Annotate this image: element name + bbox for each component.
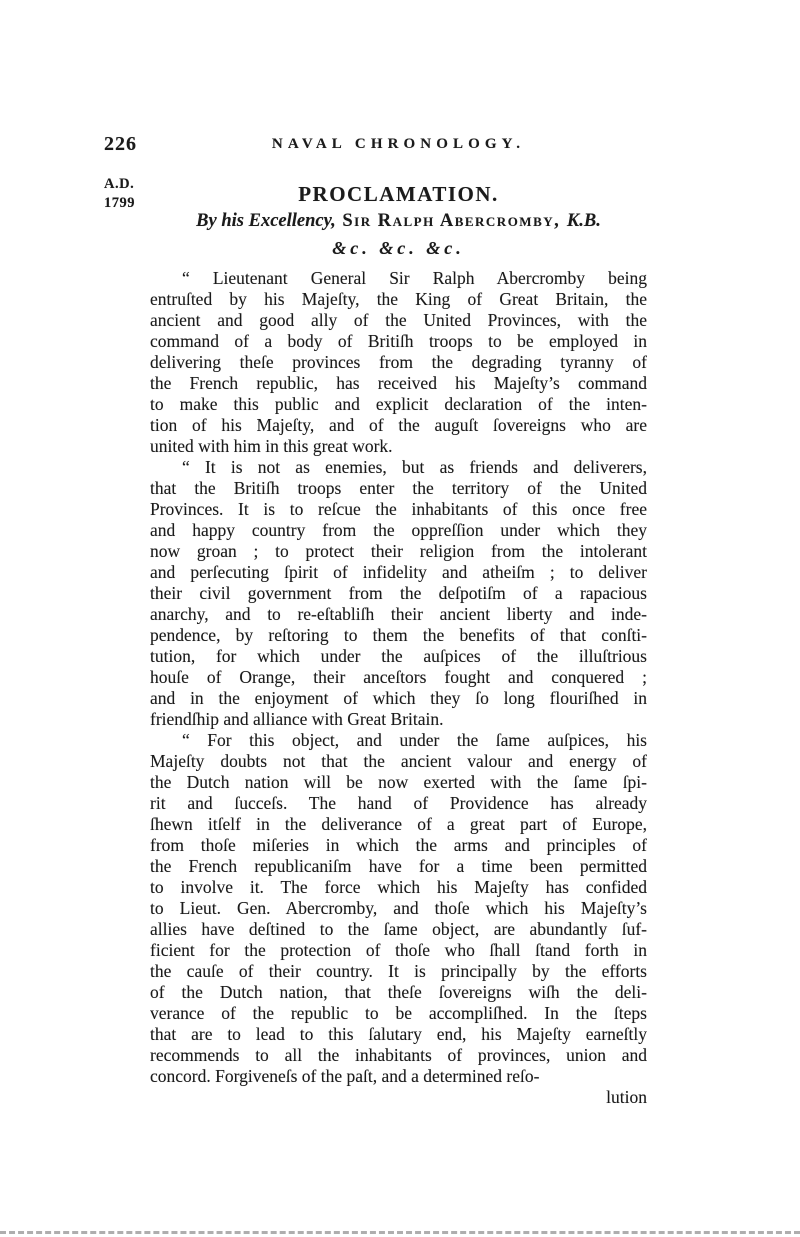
proclamation-title: PROCLAMATION. xyxy=(150,182,647,207)
scan-edge-artifact xyxy=(0,1231,800,1234)
byline-suffix: K.B. xyxy=(567,211,601,231)
body-line: ficient for the protection of thoſe who … xyxy=(150,940,647,961)
body-line: delivering theſe provinces from the degr… xyxy=(150,352,647,373)
body-line: concord. Forgiveneſs of the paſt, and a … xyxy=(150,1066,647,1087)
body-line: Provinces. It is to reſcue the inhabitan… xyxy=(150,499,647,520)
byline-name: Sir Ralph Abercromby, xyxy=(340,211,562,231)
byline-prefix: By his Excellency, xyxy=(196,211,336,231)
byline: By his Excellency, Sir Ralph Abercromby,… xyxy=(150,211,647,232)
etcetera-line: &c. &c. &c. xyxy=(150,238,647,259)
body-line: houſe of Orange, their anceſtors fought … xyxy=(150,667,647,688)
body-line: from thoſe miſeries in which the arms an… xyxy=(150,835,647,856)
body-line: and happy country from the oppreſſion un… xyxy=(150,520,647,541)
page-number: 226 xyxy=(104,133,137,156)
margin-note-year: 1799 xyxy=(104,194,154,213)
body-line: now groan ; to protect their religion fr… xyxy=(150,541,647,562)
running-head-row: 226 NAVAL CHRONOLOGY. xyxy=(0,133,800,159)
book-page: 226 NAVAL CHRONOLOGY. A.D. 1799 PROCLAMA… xyxy=(0,0,800,1237)
body-line: the Dutch nation will be now exerted wit… xyxy=(150,772,647,793)
body-line: rit and ſucceſs. The hand of Providence … xyxy=(150,793,647,814)
body-line: tution, for which under the auſpices of … xyxy=(150,646,647,667)
body-line: of the Dutch nation, that theſe ſovereig… xyxy=(150,982,647,1003)
body-line: “ For this object, and under the ſame au… xyxy=(150,730,647,751)
body-line: their civil government from the deſpotiſ… xyxy=(150,583,647,604)
body-line: the cauſe of their country. It is princi… xyxy=(150,961,647,982)
body-line: “ It is not as enemies, but as friends a… xyxy=(150,457,647,478)
body-line: and perſecuting ſpirit of infidelity and… xyxy=(150,562,647,583)
body-line: united with him in this great work. xyxy=(150,436,647,457)
running-head: NAVAL CHRONOLOGY. xyxy=(150,136,647,153)
body-line: to make this public and explicit declara… xyxy=(150,394,647,415)
body-line: ſhewn itſelf in the deliverance of a gre… xyxy=(150,814,647,835)
body-line: “ Lieutenant General Sir Ralph Abercromb… xyxy=(150,268,647,289)
body-line: verance of the republic to be accompliſh… xyxy=(150,1003,647,1024)
catchword: lution xyxy=(150,1087,647,1108)
body-line: tion of his Majeſty, and of the auguſt ſ… xyxy=(150,415,647,436)
body-line: ancient and good ally of the United Prov… xyxy=(150,310,647,331)
body-line: entruſted by his Majeſty, the King of Gr… xyxy=(150,289,647,310)
body-line: to Lieut. Gen. Abercromby, and thoſe whi… xyxy=(150,898,647,919)
body-line: command of a body of Britiſh troops to b… xyxy=(150,331,647,352)
body-line: to involve it. The force which his Majeſ… xyxy=(150,877,647,898)
margin-date-note: A.D. 1799 xyxy=(104,175,154,213)
body-line: anarchy, and to re-eſtabliſh their ancie… xyxy=(150,604,647,625)
body-line: allies have deſtined to the ſame object,… xyxy=(150,919,647,940)
body-line: pendence, by reſtoring to them the benef… xyxy=(150,625,647,646)
body-text: “ Lieutenant General Sir Ralph Abercromb… xyxy=(150,268,647,1108)
body-line: that the Britiſh troops enter the territ… xyxy=(150,478,647,499)
margin-note-ad: A.D. xyxy=(104,175,154,194)
body-line: Majeſty doubts not that the ancient valo… xyxy=(150,751,647,772)
body-line: friendſhip and alliance with Great Brita… xyxy=(150,709,647,730)
body-line: that are to lead to this ſalutary end, h… xyxy=(150,1024,647,1045)
body-line: recommends to all the inhabitants of pro… xyxy=(150,1045,647,1066)
body-line: and in the enjoyment of which they ſo lo… xyxy=(150,688,647,709)
body-line: the French republic, has received his Ma… xyxy=(150,373,647,394)
body-line: the French republicaniſm have for a time… xyxy=(150,856,647,877)
